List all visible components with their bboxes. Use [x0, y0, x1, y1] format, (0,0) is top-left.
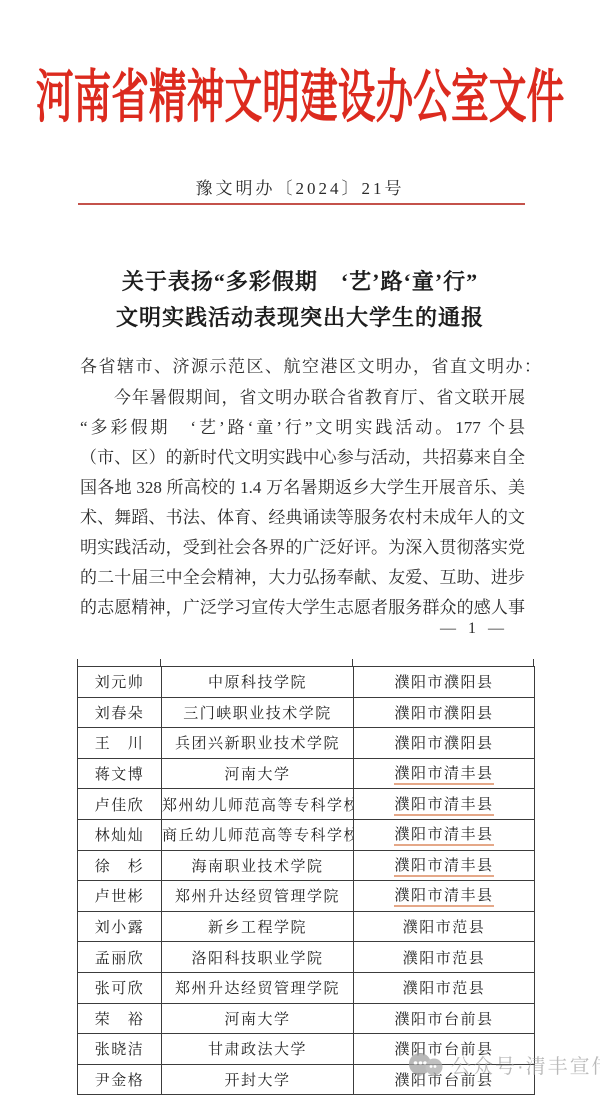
document-number: 豫文明办〔2024〕21号 — [0, 174, 600, 199]
school-name-cell: 中原科技学院 — [162, 667, 354, 698]
document-title-line1: 关于表扬“多彩假期 ‘艺’路‘童’行” — [40, 264, 560, 300]
student-name-cell: 王 川 — [78, 728, 162, 759]
school-name-cell: 河南大学 — [162, 758, 354, 789]
school-name-cell: 新乡工程学院 — [162, 911, 354, 942]
body-line: 的志愿精神，广泛学习宣传大学生志愿者服务群众的感人事 — [80, 593, 525, 623]
document-title-line2: 文明实践活动表现突出大学生的通报 — [40, 300, 560, 336]
county-cell: 濮阳市濮阳县 — [354, 728, 535, 759]
county-cell: 濮阳市濮阳县 — [354, 697, 535, 728]
document-title: 关于表扬“多彩假期 ‘艺’路‘童’行” 文明实践活动表现突出大学生的通报 — [40, 264, 560, 336]
student-name-cell: 张可欣 — [78, 972, 162, 1003]
student-name-cell: 孟丽欣 — [78, 942, 162, 973]
letterhead-title: 河南省精神文明建设办公室文件 — [0, 50, 600, 134]
page-number: — 1 — — [440, 620, 508, 638]
county-cell: 濮阳市清丰县 — [354, 881, 535, 912]
table-row: 荣 裕 河南大学 濮阳市台前县 — [78, 1003, 535, 1034]
student-name-cell: 荣 裕 — [78, 1003, 162, 1034]
table-row: 张可欣 郑州升达经贸管理学院 濮阳市范县 — [78, 972, 535, 1003]
body-line: 明实践活动，受到社会各界的广泛好评。为深入贯彻落实党 — [80, 533, 525, 563]
county-cell: 濮阳市范县 — [354, 942, 535, 973]
body-line: 的二十届三中全会精神，大力弘扬奉献、友爱、互助、进步 — [80, 563, 525, 593]
table-row: 卢佳欣 郑州幼儿师范高等专科学校 濮阳市清丰县 — [78, 789, 535, 820]
county-text: 濮阳市清丰县 — [394, 884, 493, 907]
county-text: 濮阳市范县 — [403, 947, 486, 968]
county-text: 濮阳市清丰县 — [394, 762, 493, 785]
table-row: 卢世彬 郑州升达经贸管理学院 濮阳市清丰县 — [78, 881, 535, 912]
student-name-cell: 林灿灿 — [78, 819, 162, 850]
school-name-cell: 河南大学 — [162, 1003, 354, 1034]
county-cell: 濮阳市清丰县 — [354, 758, 535, 789]
county-cell: 濮阳市清丰县 — [354, 789, 535, 820]
county-cell: 濮阳市濮阳县 — [354, 667, 535, 698]
school-name-cell: 郑州幼儿师范高等专科学校 — [162, 789, 354, 820]
county-cell: 濮阳市范县 — [354, 911, 535, 942]
red-divider-line — [78, 203, 525, 205]
school-name-cell: 三门峡职业技术学院 — [162, 697, 354, 728]
county-cell: 濮阳市台前县 — [354, 1003, 535, 1034]
student-name-cell: 刘元帅 — [78, 667, 162, 698]
table-row: 刘春朵 三门峡职业技术学院 濮阳市濮阳县 — [78, 697, 535, 728]
body-line: 术、舞蹈、书法、体育、经典诵读等服务农村未成年人的文 — [80, 503, 525, 533]
table-row: 徐 杉 海南职业技术学院 濮阳市清丰县 — [78, 850, 535, 881]
county-text: 濮阳市濮阳县 — [394, 702, 493, 723]
document-page: 河南省精神文明建设办公室文件 豫文明办〔2024〕21号 关于表扬“多彩假期 ‘… — [0, 0, 600, 1097]
body-paragraph: 今年暑假期间，省文明办联合省教育厅、省文联开展 “多彩假期 ‘艺’路‘童’行”文… — [80, 383, 525, 623]
student-name-cell: 张晓洁 — [78, 1034, 162, 1065]
county-text: 濮阳市濮阳县 — [394, 671, 493, 692]
student-name-cell: 刘小露 — [78, 911, 162, 942]
body-line: “多彩假期 ‘艺’路‘童’行”文明实践活动。177 个县 — [80, 413, 525, 443]
table-row: 孟丽欣 洛阳科技职业学院 濮阳市范县 — [78, 942, 535, 973]
wechat-chat-bubbles-icon — [408, 1052, 444, 1078]
student-name-cell: 卢世彬 — [78, 881, 162, 912]
county-text: 濮阳市范县 — [403, 977, 486, 998]
school-name-cell: 海南职业技术学院 — [162, 850, 354, 881]
table-row: 刘元帅 中原科技学院 濮阳市濮阳县 — [78, 667, 535, 698]
county-text: 濮阳市濮阳县 — [394, 732, 493, 753]
county-text: 濮阳市台前县 — [394, 1008, 493, 1029]
school-name-cell: 甘肃政法大学 — [162, 1034, 354, 1065]
student-name-cell: 尹金格 — [78, 1064, 162, 1095]
school-name-cell: 商丘幼儿师范高等专科学校 — [162, 819, 354, 850]
table-row: 林灿灿 商丘幼儿师范高等专科学校 濮阳市清丰县 — [78, 819, 535, 850]
table-row: 王 川 兵团兴新职业技术学院 濮阳市濮阳县 — [78, 728, 535, 759]
salutation-line: 各省辖市、济源示范区、航空港区文明办，省直文明办： — [80, 352, 525, 377]
county-text: 濮阳市清丰县 — [394, 854, 493, 877]
wechat-watermark: 公众号·清丰宣传 — [408, 1050, 600, 1079]
student-name-cell: 徐 杉 — [78, 850, 162, 881]
county-text: 濮阳市清丰县 — [394, 793, 493, 816]
body-line: （市、区）的新时代文明实践中心参与活动，共招募来自全 — [80, 443, 525, 473]
school-name-cell: 郑州升达经贸管理学院 — [162, 972, 354, 1003]
county-cell: 濮阳市清丰县 — [354, 819, 535, 850]
body-line: 国各地 328 所高校的 1.4 万名暑期返乡大学生开展音乐、美 — [80, 473, 525, 503]
school-name-cell: 郑州升达经贸管理学院 — [162, 881, 354, 912]
watermark-text: 公众号·清丰宣传 — [451, 1050, 600, 1079]
table-row: 蒋文博 河南大学 濮阳市清丰县 — [78, 758, 535, 789]
student-name-cell: 卢佳欣 — [78, 789, 162, 820]
student-roster-table: 刘元帅 中原科技学院 濮阳市濮阳县 刘春朵 三门峡职业技术学院 濮阳市濮阳县 王… — [77, 666, 535, 1095]
county-cell: 濮阳市清丰县 — [354, 850, 535, 881]
school-name-cell: 开封大学 — [162, 1064, 354, 1095]
student-name-cell: 刘春朵 — [78, 697, 162, 728]
county-text: 濮阳市清丰县 — [394, 823, 493, 846]
table-row: 刘小露 新乡工程学院 濮阳市范县 — [78, 911, 535, 942]
school-name-cell: 兵团兴新职业技术学院 — [162, 728, 354, 759]
county-cell: 濮阳市范县 — [354, 972, 535, 1003]
student-name-cell: 蒋文博 — [78, 758, 162, 789]
school-name-cell: 洛阳科技职业学院 — [162, 942, 354, 973]
county-text: 濮阳市范县 — [403, 916, 486, 937]
body-line: 今年暑假期间，省文明办联合省教育厅、省文联开展 — [80, 383, 525, 413]
